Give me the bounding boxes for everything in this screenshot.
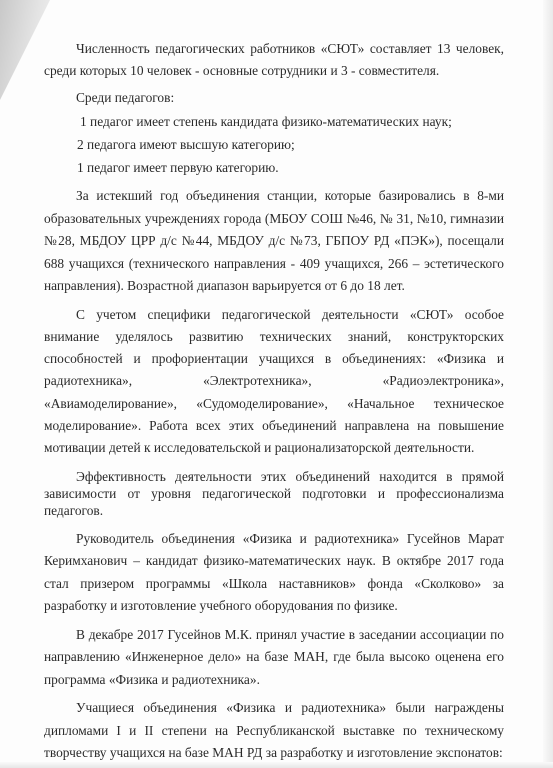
paper-fold-corner [0, 0, 50, 100]
paragraph-awards: Учащиеся объединения «Физика и радиотехн… [44, 697, 504, 765]
document-page: Численность педагогических работников «С… [44, 38, 504, 765]
paragraph-december: В декабре 2017 Гусейнов М.К. принял учас… [44, 624, 504, 692]
paragraph-teachers-heading: Среди педагогов: [44, 86, 504, 109]
paragraph-specifics: С учетом специфики педагогической деятел… [44, 304, 504, 460]
list-item: 2 педагога имеют высшую категорию; [44, 133, 504, 156]
scan-edge-right [543, 0, 553, 768]
paragraph-institutions: За истекший год объединения станции, кот… [44, 185, 504, 298]
list-item: 1 педагог имеет степень кандидата физико… [44, 111, 504, 133]
paragraph-efficiency: Эффективность деятельности этих объедине… [44, 468, 504, 519]
paragraph-supervisor: Руководитель объединения «Физика и радио… [44, 528, 504, 618]
list-item: 1 педагог имеет первую категорию. [44, 156, 504, 179]
paragraph-staff-count: Численность педагогических работников «С… [44, 38, 504, 82]
